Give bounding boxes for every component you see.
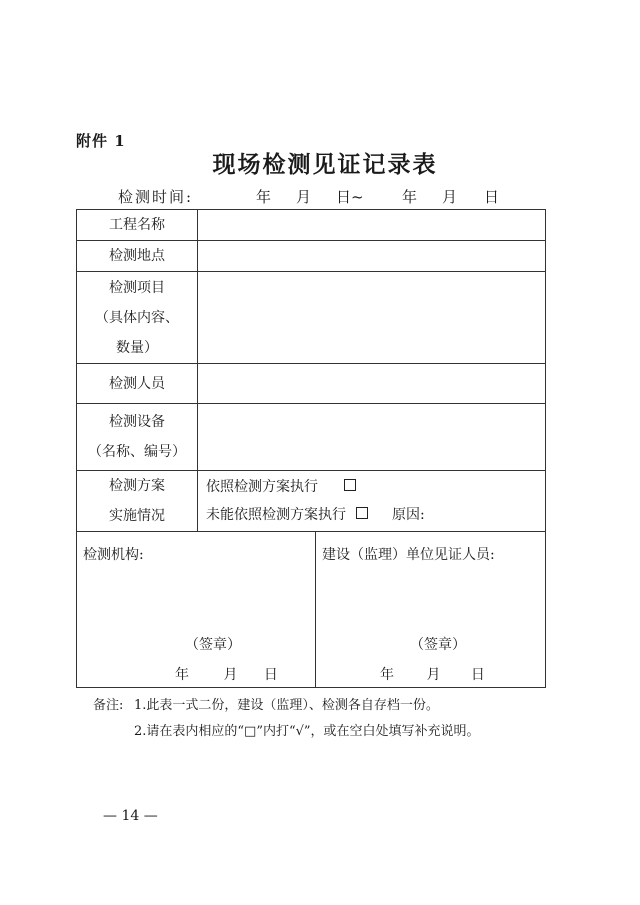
plan-not-followed-option: 未能依照检测方案执行原因: [198, 501, 545, 529]
start-day-label: 日~ [336, 186, 364, 207]
row-project-name: 工程名称 [77, 210, 546, 241]
end-day-label: 日 [484, 186, 499, 207]
notes-prefix: 备注: [93, 694, 123, 713]
equipment-label: 检测设备 （名称、编号） [77, 404, 198, 471]
form-title: 现场检测见证记录表 [0, 146, 640, 179]
plan-status-options: 依照检测方案执行 未能依照检测方案执行原因: [198, 471, 546, 532]
supervisor-date: 年 月 日 [380, 664, 485, 684]
inspection-site-label: 检测地点 [77, 241, 198, 272]
start-year-label: 年 [256, 186, 271, 207]
inspection-items-field[interactable] [198, 272, 546, 364]
testing-agency-seal-label: （签章） [185, 634, 241, 654]
project-name-field[interactable] [198, 210, 546, 241]
inspectors-field[interactable] [198, 364, 546, 404]
reason-label: 原因: [392, 507, 425, 523]
witness-record-table: 工程名称 检测地点 检测项目 （具体内容、 数量） 检测人员 检测设备 （名称、… [76, 209, 546, 688]
plan-status-label: 检测方案 实施情况 [77, 471, 198, 532]
testing-agency-date: 年 月 日 [175, 664, 278, 684]
inspection-time-label: 检测时间: [118, 186, 193, 207]
inspectors-label: 检测人员 [77, 364, 198, 404]
note-item-2: 2.请在表内相应的“□”内打“√”，或在空白处填写补充说明。 [134, 720, 480, 739]
row-signatures: 检测机构: （签章） 年 月 日 建设（监理）单位见证人员: （签章） 年 月 … [77, 532, 546, 688]
start-month-label: 月 [296, 186, 311, 207]
plan-not-followed-label: 未能依照检测方案执行 [206, 507, 346, 523]
supervisor-witness-label: 建设（监理）单位见证人员: [322, 544, 495, 564]
end-month-label: 月 [442, 186, 457, 207]
page-number: — 14 — [103, 808, 158, 824]
equipment-field[interactable] [198, 404, 546, 471]
note-item-1: 1.此表一式二份，建设（监理）、检测各自存档一份。 [134, 694, 439, 713]
plan-followed-checkbox[interactable] [344, 479, 356, 491]
row-inspection-site: 检测地点 [77, 241, 546, 272]
supervisor-seal-label: （签章） [410, 634, 466, 654]
plan-not-followed-checkbox[interactable] [356, 507, 368, 519]
end-year-label: 年 [402, 186, 417, 207]
row-plan-status: 检测方案 实施情况 依照检测方案执行 未能依照检测方案执行原因: [77, 471, 546, 532]
project-name-label: 工程名称 [77, 210, 198, 241]
testing-agency-label: 检测机构: [83, 544, 144, 564]
row-inspectors: 检测人员 [77, 364, 546, 404]
row-equipment: 检测设备 （名称、编号） [77, 404, 546, 471]
plan-followed-option: 依照检测方案执行 [198, 473, 545, 501]
testing-agency-signature-box[interactable]: 检测机构: （签章） 年 月 日 [77, 532, 316, 687]
inspection-site-field[interactable] [198, 241, 546, 272]
inspection-items-label: 检测项目 （具体内容、 数量） [77, 272, 198, 364]
plan-followed-label: 依照检测方案执行 [206, 479, 318, 495]
supervisor-witness-signature-box[interactable]: 建设（监理）单位见证人员: （签章） 年 月 日 [316, 532, 545, 687]
row-inspection-items: 检测项目 （具体内容、 数量） [77, 272, 546, 364]
